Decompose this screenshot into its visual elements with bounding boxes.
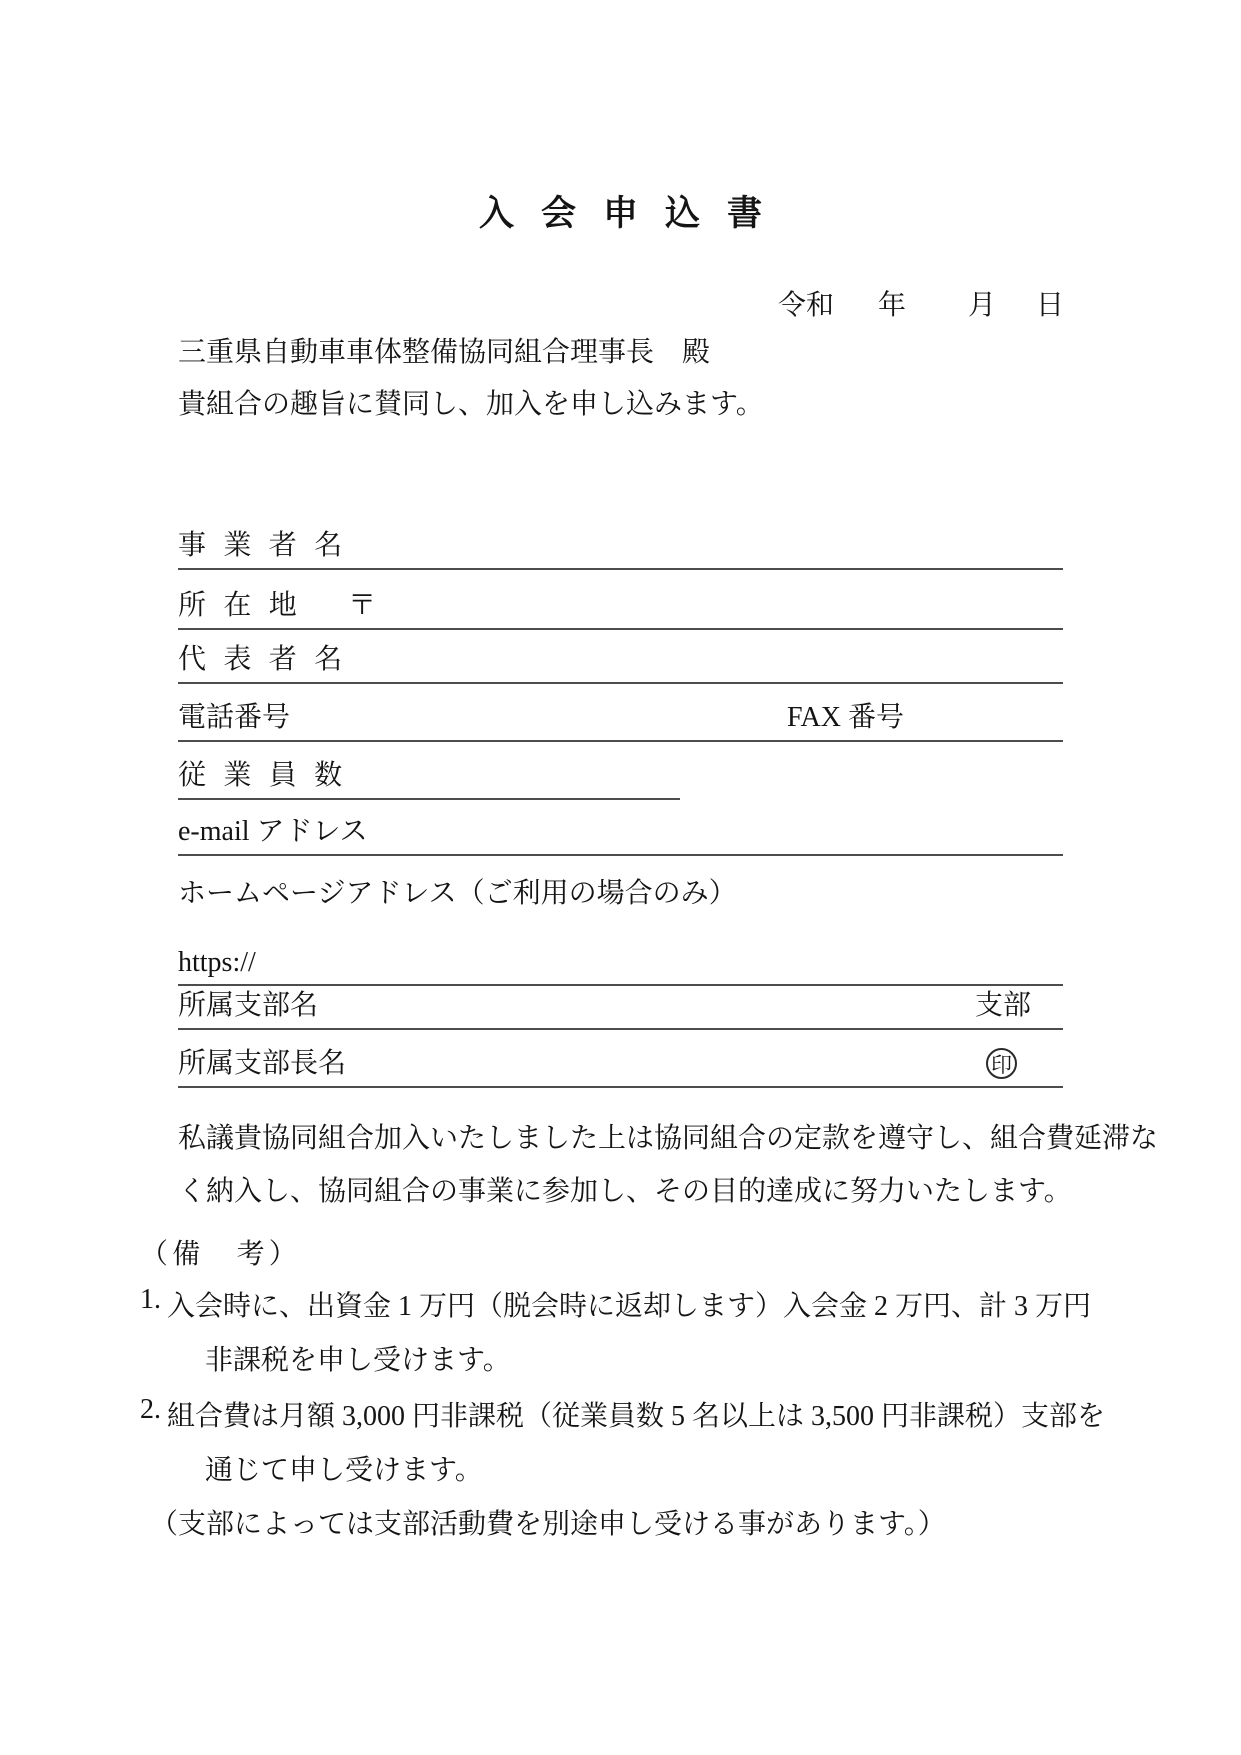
note-item-3: （支部によっては支部活動費を別途申し受ける事があります。） [150,1502,946,1542]
notes-heading: （備 考） [140,1232,301,1272]
date-line: 令和 年 月 日 [778,283,1064,323]
seal-stamp-icon: 印 [986,1048,1017,1079]
postal-mark-icon: 〒 [348,583,376,623]
business-name-label: 事業者名 [178,523,359,563]
note-item-1-text: 入会時に、出資金 1 万円（脱会時に返却します）入会金 2 万円、計 3 万円 [167,1284,1091,1324]
url-row: https:// [178,938,1063,986]
intro-sentence: 貴組合の趣旨に賛同し、加入を申し込みます。 [178,382,764,422]
note-item-1-number: 1. [140,1284,161,1324]
note-item-2-text: 組合費は月額 3,000 円非課税（従業員数 5 名以上は 3,500 円非課税… [167,1394,1105,1434]
note-item-1: 1. 入会時に、出資金 1 万円（脱会時に返却します）入会金 2 万円、計 3 … [140,1284,1091,1324]
representative-label: 代表者名 [178,637,359,677]
note-item-2: 2. 組合費は月額 3,000 円非課税（従業員数 5 名以上は 3,500 円… [140,1394,1105,1434]
branch-suffix-label: 支部 [975,983,1031,1023]
note-item-1-continued: 非課税を申し受けます。 [205,1338,511,1378]
address-input[interactable] [376,622,1063,623]
addressee: 三重県自動車車体整備協同組合理事長 殿 [178,330,710,370]
phone-fax-row: 電話番号 FAX 番号 [178,706,1063,742]
pledge-line-1: 私議貴協同組合加入いたしました上は協同組合の定款を遵守し、組合費延滞な [178,1112,1113,1165]
pledge-line-2: く納入し、協同組合の事業に参加し、その目的達成に努力いたします。 [178,1165,1113,1218]
pledge-paragraph: 私議貴協同組合加入いたしました上は協同組合の定款を遵守し、組合費延滞な く納入し… [178,1112,1113,1218]
branch-chief-label: 所属支部長名 [178,1041,346,1081]
employees-input[interactable] [359,792,680,793]
email-input[interactable] [368,848,1063,849]
employees-label: 従業員数 [178,753,359,793]
representative-input[interactable] [359,676,1063,677]
year-label: 年 [878,283,906,323]
branch-chief-row: 所属支部長名 印 [178,1048,1063,1088]
phone-input[interactable] [290,734,449,735]
address-label: 所在地 [178,583,314,623]
note-item-2-number: 2. [140,1394,161,1434]
address-row: 所在地 〒 [178,594,1063,630]
fax-label: FAX 番号 [787,695,904,735]
email-row: e-mail アドレス [178,820,1063,856]
branch-chief-input[interactable] [346,1080,986,1081]
url-input[interactable] [256,978,1063,979]
business-name-row: 事業者名 [178,534,1063,570]
email-label: e-mail アドレス [178,809,368,849]
note-item-2-continued: 通じて申し受けます。 [205,1448,483,1488]
application-form-page: 入会申込書 令和 年 月 日 三重県自動車車体整備協同組合理事長 殿 貴組合の趣… [0,0,1241,1755]
homepage-row: ホームページアドレス（ご利用の場合のみ） [178,880,1063,916]
branch-input[interactable] [318,1022,975,1023]
representative-row: 代表者名 [178,648,1063,684]
era-label: 令和 [778,283,834,323]
business-name-input[interactable] [359,562,1063,563]
day-label: 日 [1036,283,1064,323]
branch-row: 所属支部名 支部 [178,994,1063,1030]
page-title: 入会申込書 [0,186,1241,236]
month-label: 月 [968,283,996,323]
employees-row: 従業員数 [178,764,680,800]
homepage-label: ホームページアドレス（ご利用の場合のみ） [178,871,737,911]
phone-label: 電話番号 [178,695,290,735]
branch-label: 所属支部名 [178,983,318,1023]
url-prefix-label: https:// [178,947,256,979]
fax-input[interactable] [904,734,1063,735]
